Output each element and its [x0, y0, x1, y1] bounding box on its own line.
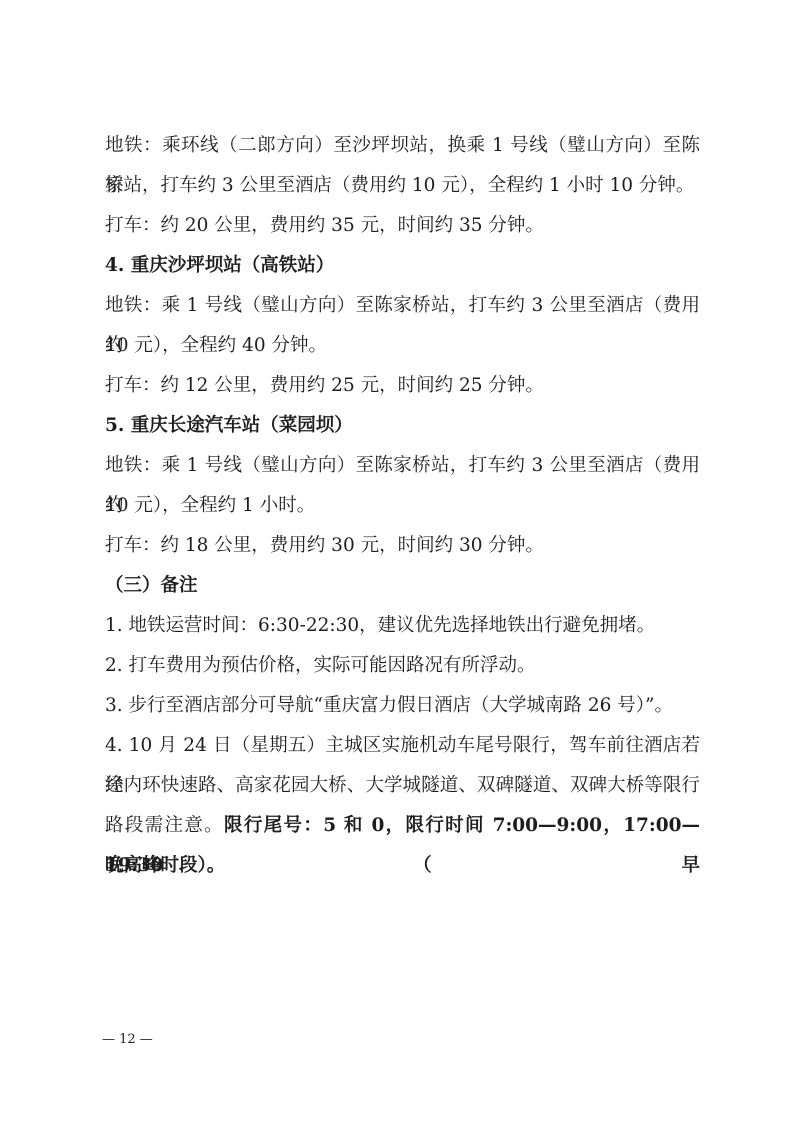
station4-taxi-line: 打车：约 12 公里，费用约 25 元，时间约 25 分钟。	[105, 366, 700, 406]
carryover-metro-line1: 地铁：乘环线（二郎方向）至沙坪坝站，换乘 1 号线（璧山方向）至陈家	[105, 126, 700, 166]
page-footer: — 12 —	[102, 1030, 153, 1050]
carryover-metro-line2: 桥站，打车约 3 公里至酒店（费用约 10 元），全程约 1 小时 10 分钟。	[105, 166, 700, 206]
page-content: 地铁：乘环线（二郎方向）至沙坪坝站，换乘 1 号线（璧山方向）至陈家 桥站，打车…	[105, 126, 700, 886]
station5-heading: 5. 重庆长途汽车站（菜园坝）	[105, 406, 700, 446]
note-4-line3-regular: 路段需注意。	[105, 815, 224, 836]
notes-heading: （三）备注	[105, 566, 700, 606]
note-2: 2. 打车费用为预估价格，实际可能因路况有所浮动。	[105, 646, 700, 686]
station4-metro-line2: 10 元），全程约 40 分钟。	[105, 326, 700, 366]
carryover-taxi-line: 打车：约 20 公里，费用约 35 元，时间约 35 分钟。	[105, 206, 700, 246]
station4-heading: 4. 重庆沙坪坝站（高铁站）	[105, 246, 700, 286]
station4-metro-line1: 地铁：乘 1 号线（璧山方向）至陈家桥站，打车约 3 公里至酒店（费用约	[105, 286, 700, 326]
note-3: 3. 步行至酒店部分可导航“重庆富力假日酒店（大学城南路 26 号）”。	[105, 686, 700, 726]
page-number: — 12 —	[102, 1032, 153, 1047]
station5-metro-line2: 10 元），全程约 1 小时。	[105, 486, 700, 526]
station5-taxi-line: 打车：约 18 公里，费用约 30 元，时间约 30 分钟。	[105, 526, 700, 566]
note-1: 1. 地铁运营时间：6:30-22:30，建议优先选择地铁出行避免拥堵。	[105, 606, 700, 646]
document-page: 地铁：乘环线（二郎方向）至沙坪坝站，换乘 1 号线（璧山方向）至陈家 桥站，打车…	[0, 0, 800, 1131]
note-4-line1: 4. 10 月 24 日（星期五）主城区实施机动车尾号限行，驾车前往酒店若途	[105, 726, 700, 766]
note-4-line2: 经内环快速路、高家花园大桥、大学城隧道、双碑隧道、双碑大桥等限行	[105, 766, 700, 806]
note-4-line3: 路段需注意。限行尾号：5 和 0，限行时间 7:00—9:00，17:00—19…	[105, 806, 700, 846]
station5-metro-line1: 地铁：乘 1 号线（璧山方向）至陈家桥站，打车约 3 公里至酒店（费用约	[105, 446, 700, 486]
